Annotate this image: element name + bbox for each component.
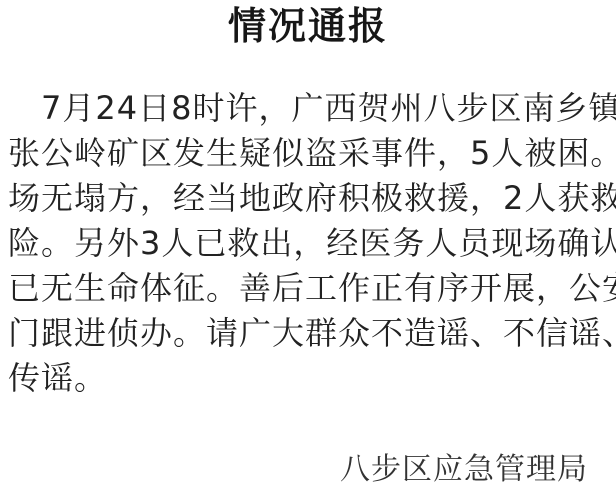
body-line: 传谣。 (8, 358, 107, 398)
body-line: 7月24日8时许，广西贺州八步区南乡镇 (8, 88, 616, 128)
body-line: 张公岭矿区发生疑似盗采事件，5人被困。现 (8, 133, 616, 173)
body-line: 已无生命体征。善后工作正有序开展，公安部 (8, 268, 616, 308)
body-line: 险。另外3人已救出，经医务人员现场确认， (8, 223, 616, 263)
document-title: 情况通报 (0, 2, 616, 50)
body-line: 场无塌方，经当地政府积极救援，2人获救脱 (8, 178, 616, 218)
issuer-signature: 八步区应急管理局 (340, 450, 588, 490)
body-line: 门跟进侦办。请广大群众不造谣、不信谣、不 (8, 313, 616, 353)
